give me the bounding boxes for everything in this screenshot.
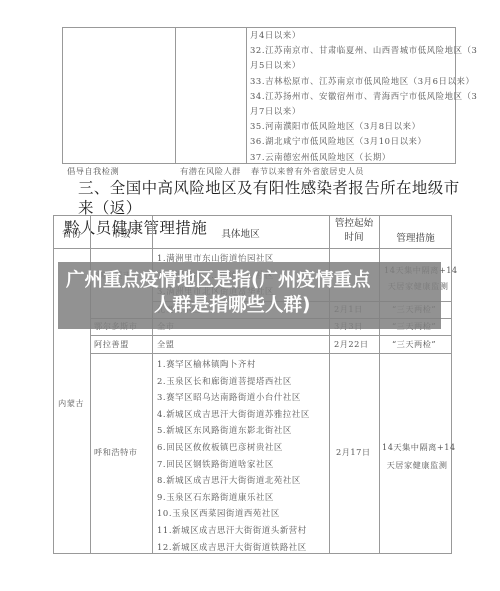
area-cell: 全盟 [157, 339, 174, 350]
top-table-area-list: 月4日以来） 32.江苏南京市、甘肃临夏州、山西晋城市低风险地区（3 月5日以来… [250, 28, 477, 165]
measures-line: 天居家健康监测 [382, 456, 452, 474]
area-line: 1.赛罕区榆林镇陶卜齐村 [157, 356, 310, 373]
header-province: 省份 [53, 226, 90, 240]
area-line: 12.新城区成吉思汗大街街道铁路社区 [157, 539, 310, 556]
overlay-title-line1: 广州重点疫情地区是指(广州疫情重点 [58, 268, 441, 293]
area-line: 月7日以来） [250, 104, 477, 119]
area-line: 32.江苏南京市、甘肃临夏州、山西晋城市低风险地区（3 [250, 43, 477, 58]
area-line: 4.新城区成吉思汗大街街道苏雅拉社区 [157, 406, 310, 423]
header-start-time-l2: 时间 [329, 231, 379, 245]
province-cell: 内蒙古 [58, 398, 84, 409]
area-line: 37.云南德宏州低风险地区（长期） [250, 150, 477, 165]
area-line: 10.玉泉区西菜园街道西苑社区 [157, 505, 310, 522]
area-line: 3.赛罕区昭乌达南路街道小台什社区 [157, 389, 310, 406]
top-table-divider [175, 27, 176, 164]
header-area: 具体地区 [152, 226, 329, 240]
area-line: 2.玉泉区长和廊街道菩提塔西社区 [157, 373, 310, 390]
area-line: 8.新城区成吉思汗大街街道北苑社区 [157, 472, 310, 489]
risk-group-label: 有潜在风险人群 [180, 166, 241, 177]
self-test-label: 倡导自我检测 [67, 166, 119, 177]
start-time-cell: 2月22日 [334, 339, 369, 350]
section-heading-line1: 三、全国中高风险地区及有阳性感染者报告所在地级市来（返） [64, 178, 464, 218]
area-line: 5.新城区东风路街道东影北街社区 [157, 422, 310, 439]
area-line: 月4日以来） [250, 28, 477, 43]
header-measures: 管理措施 [379, 230, 452, 244]
area-line: 34.江苏扬州市、安徽宿州市、青海西宁市低风险地区（3 [250, 89, 477, 104]
header-start-time: 管控起始 时间 [329, 217, 379, 245]
overlay-title: 广州重点疫情地区是指(广州疫情重点 人群是指哪些人群) [58, 262, 441, 318]
row-divider [90, 353, 452, 354]
area-line: 11.新城区成吉思汗大街街道头新营村 [157, 522, 310, 539]
header-start-time-l1: 管控起始 [329, 217, 379, 231]
travel-history-label: 春节以来曾有外省旅居史人员 [251, 166, 364, 177]
measures-cell: 14天集中隔离+14 天居家健康监测 [382, 438, 452, 474]
top-table-divider [246, 27, 247, 164]
start-time-cell: 2月17日 [336, 447, 371, 458]
area-line: 7.回民区钢铁路街道啥家社区 [157, 456, 310, 473]
city-cell: 阿拉善盟 [94, 339, 129, 350]
area-line: 35.河南濮阳市低风险地区（3月8日以来） [250, 119, 477, 134]
overlay-title-line2: 人群是指哪些人群) [58, 293, 441, 318]
area-line: 6.回民区攸攸板镇巴彦树贵社区 [157, 439, 310, 456]
area-line: 月5日以来） [250, 58, 477, 73]
area-line: 33.吉林松原市、江苏南京市低风险地区（3月6日以来） [250, 74, 477, 89]
measures-cell: “三天两检” [392, 339, 436, 350]
area-list: 1.赛罕区榆林镇陶卜齐村 2.玉泉区长和廊街道菩提塔西社区 3.赛罕区昭乌达南路… [157, 356, 310, 555]
header-bottom [53, 248, 452, 249]
area-line: 36.湖北咸宁市低风险地区（3月10日以来） [250, 134, 477, 149]
header-city: 市级 [90, 226, 152, 240]
row-divider [90, 335, 452, 336]
measures-line: 14天集中隔离+14 [382, 438, 452, 456]
area-line: 9.玉泉区石东路街道康乐社区 [157, 489, 310, 506]
city-cell: 呼和浩特市 [94, 447, 137, 458]
